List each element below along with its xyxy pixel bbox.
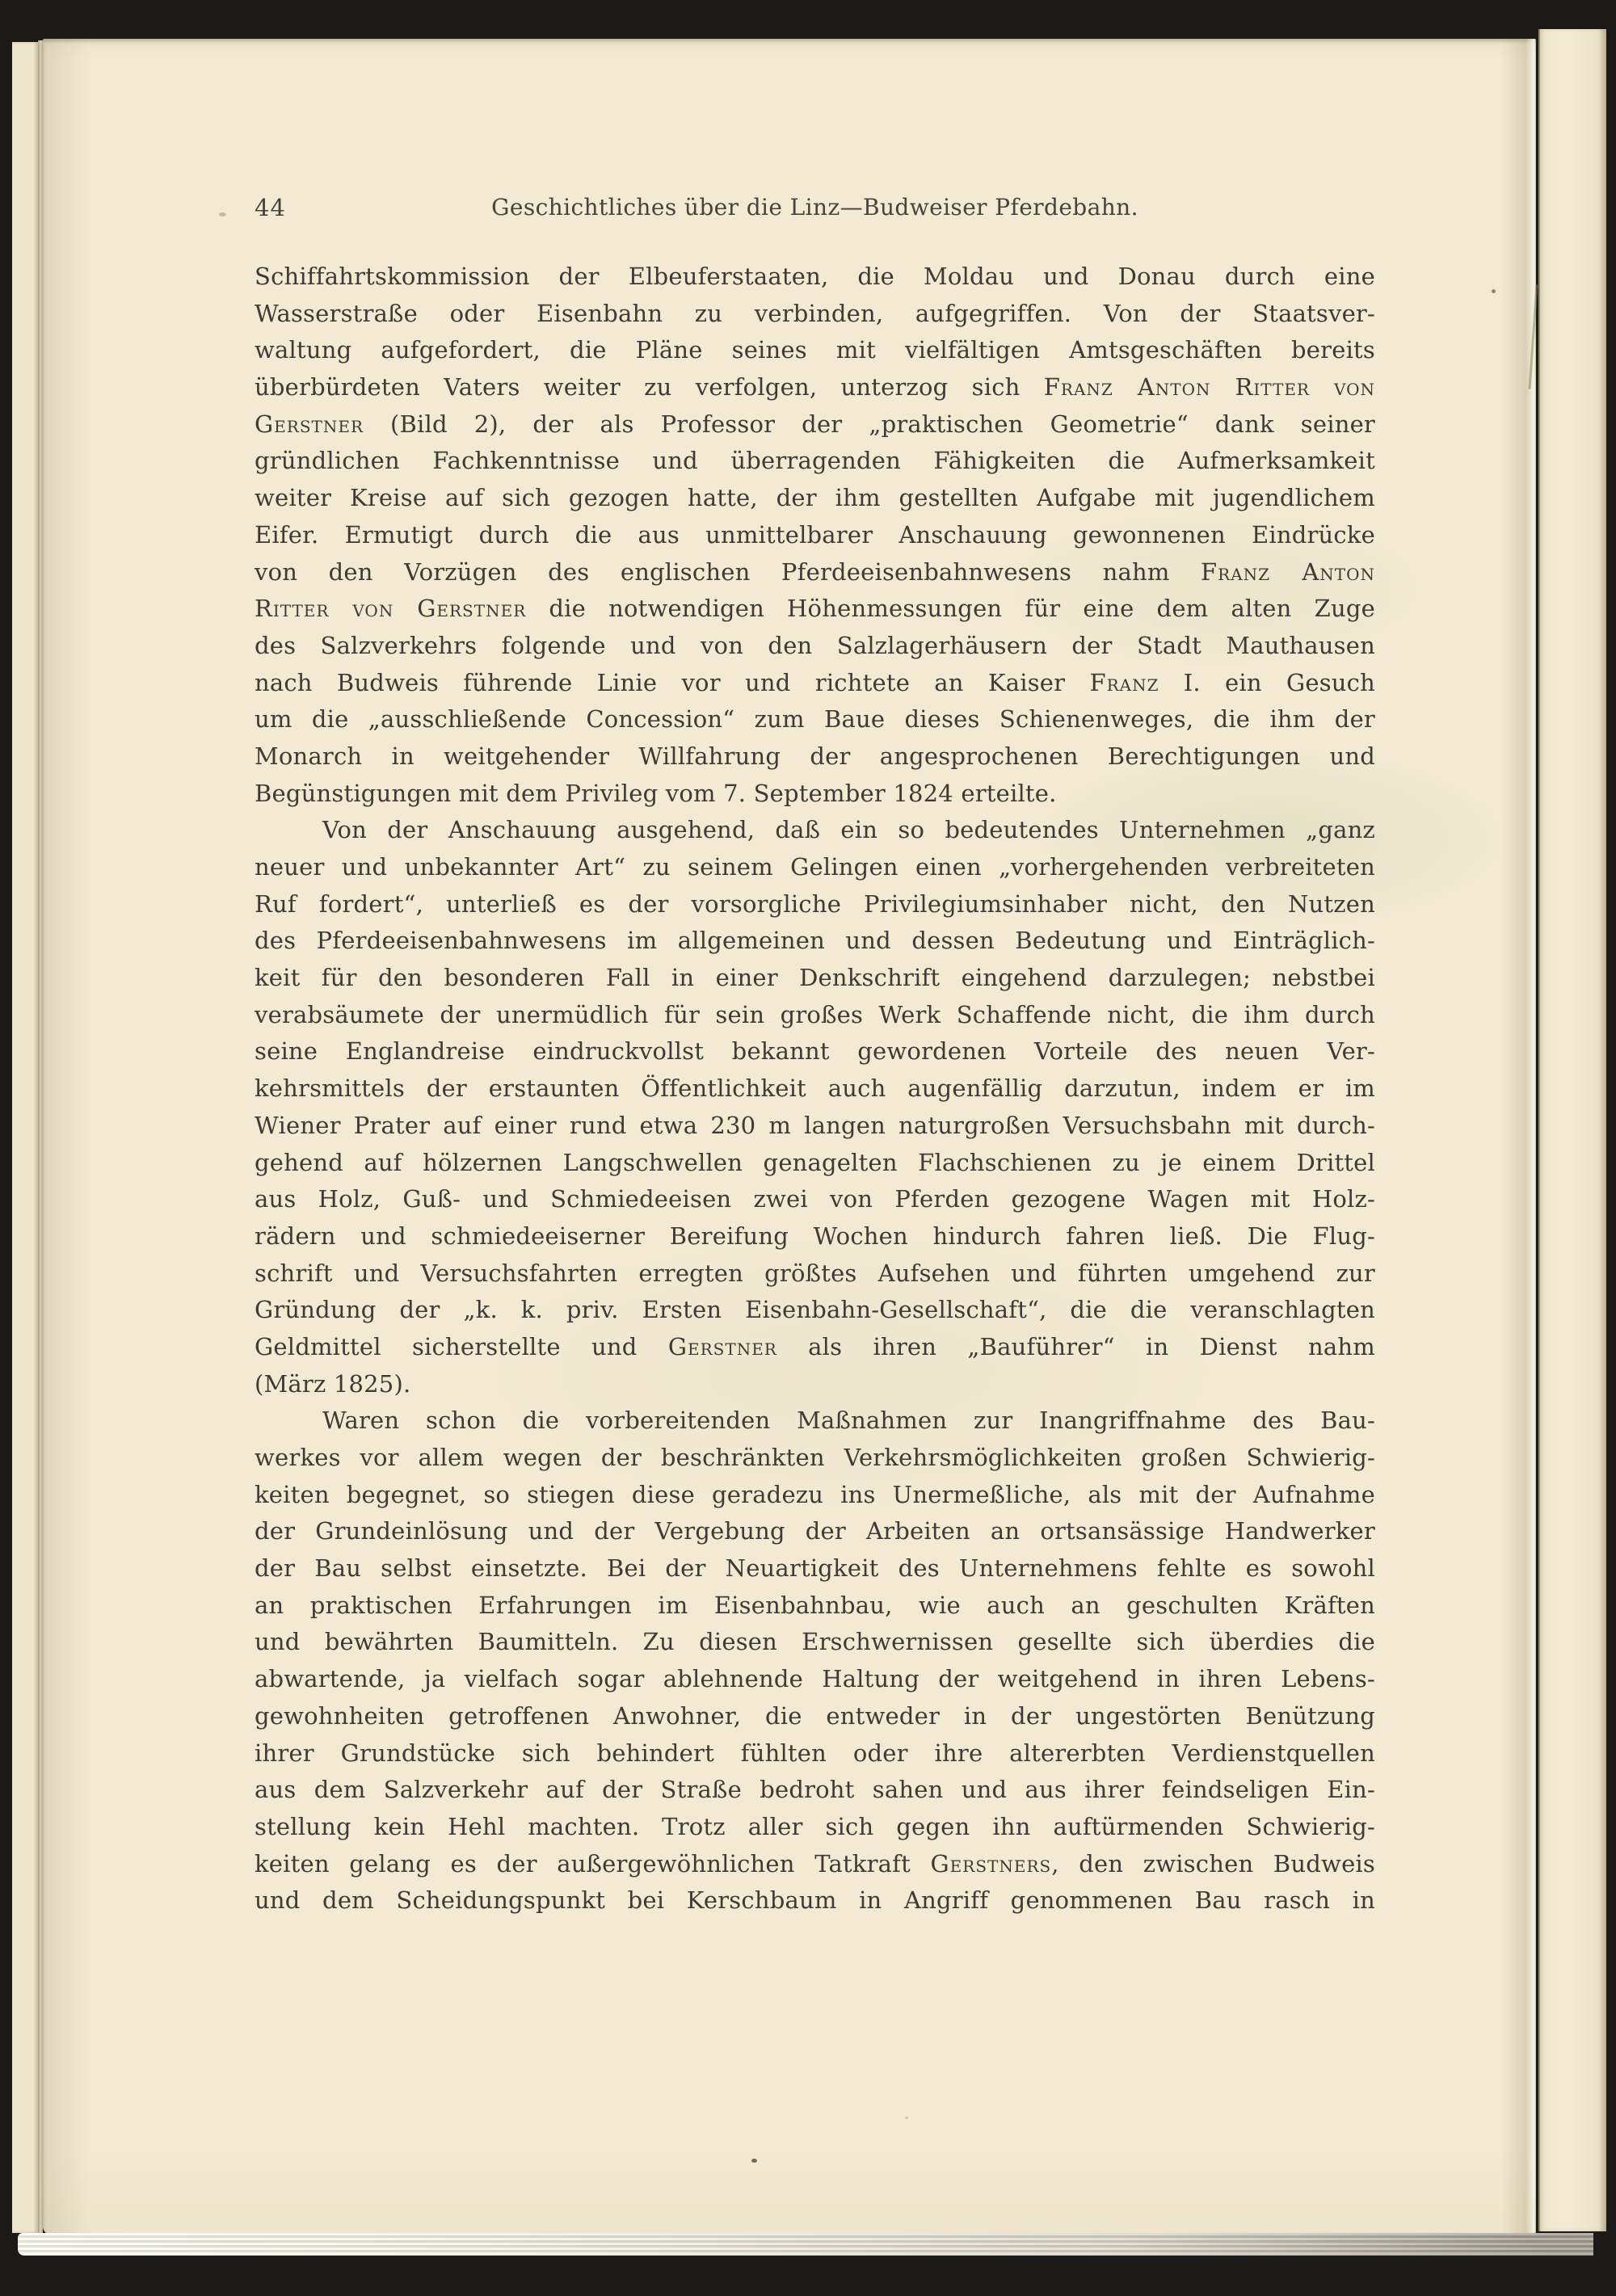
- text-line: Monarch in weitgehender Willfahrung der …: [255, 738, 1375, 776]
- text-line: seine Englandreise eindruckvollst bekann…: [255, 1033, 1375, 1070]
- text-line: ihrer Grundstücke sich behindert fühlten…: [255, 1735, 1375, 1772]
- text-line: des Salzverkehrs folgende und von den Sa…: [255, 628, 1375, 665]
- text-line: verabsäumete der unermüdlich für sein gr…: [255, 997, 1375, 1034]
- text-line: um die „ausschließende Concession“ zum B…: [255, 701, 1375, 738]
- text-line: Ruf fordert“, unterließ es der vorsorgli…: [255, 886, 1375, 923]
- text-line: der Bau selbst einsetzte. Bei der Neuart…: [255, 1550, 1375, 1587]
- text-line: Begünstigungen mit dem Privileg vom 7. S…: [255, 776, 1375, 813]
- text-line: Waren schon die vorbereitenden Maßnahmen…: [255, 1402, 1375, 1440]
- running-title: Geschichtliches über die Linz—Budweiser …: [255, 194, 1375, 221]
- paragraph: Von der Anschauung ausgehend, daß ein so…: [255, 812, 1375, 1402]
- text-line: schrift und Versuchsfahrten erregten grö…: [255, 1255, 1375, 1293]
- text-line: weiter Kreise auf sich gezogen hatte, de…: [255, 480, 1375, 517]
- paragraph: Waren schon die vorbereitenden Maßnahmen…: [255, 1402, 1375, 1920]
- text-line: Von der Anschauung ausgehend, daß ein so…: [255, 812, 1375, 849]
- scanned-book-spread: 44 Geschichtliches über die Linz—Budweis…: [0, 0, 1616, 2296]
- small-caps-name: Gerstners: [931, 1850, 1052, 1878]
- paper-speck: [751, 2159, 757, 2163]
- text-line: keit für den besonderen Fall in einer De…: [255, 960, 1375, 997]
- text-line: des Pferdeeisenbahnwesens im allgemeinen…: [255, 923, 1375, 960]
- text-line: waltung aufgefordert, die Pläne seines m…: [255, 332, 1375, 369]
- small-caps-name: Gerstner: [255, 410, 364, 438]
- text-line: keiten begegnet, so stiegen diese gerade…: [255, 1477, 1375, 1514]
- text-line: Ritter von Gerstner die notwendigen Höhe…: [255, 591, 1375, 628]
- page-header: 44 Geschichtliches über die Linz—Budweis…: [255, 194, 1375, 226]
- paper-speck: [219, 212, 226, 217]
- text-line: Gerstner (Bild 2), der als Professor der…: [255, 406, 1375, 444]
- text-line: gehend auf hölzernen Langschwellen genag…: [255, 1145, 1375, 1182]
- small-caps-name: Franz: [1089, 669, 1159, 696]
- text-line: überbürdeten Vaters weiter zu verfolgen,…: [255, 369, 1375, 406]
- text-line: Geldmittel sicherstellte und Gerstner al…: [255, 1329, 1375, 1366]
- text-line: (März 1825).: [255, 1366, 1375, 1403]
- text-line: Wiener Prater auf einer rund etwa 230 m …: [255, 1108, 1375, 1145]
- text-line: werkes vor allem wegen der beschränkten …: [255, 1440, 1375, 1477]
- small-caps-name: Franz Anton Ritter von: [1044, 373, 1375, 401]
- text-line: keiten gelang es der außergewöhnlichen T…: [255, 1846, 1375, 1883]
- text-line: von den Vorzügen des englischen Pferdeei…: [255, 554, 1375, 591]
- small-caps-name: Franz Anton: [1201, 558, 1375, 586]
- bottom-page-stack-edge: [18, 2233, 1593, 2256]
- paragraph: Schiffahrtskommission der Elbeuferstaate…: [255, 259, 1375, 812]
- text-line: Schiffahrtskommission der Elbeuferstaate…: [255, 259, 1375, 296]
- paper-speck: [1492, 289, 1496, 293]
- small-caps-name: Ritter von Gerstner: [255, 595, 526, 622]
- text-line: aus dem Salzverkehr auf der Straße bedro…: [255, 1772, 1375, 1809]
- text-line: nach Budweis führende Linie vor und rich…: [255, 665, 1375, 702]
- text-line: abwartende, ja vielfach sogar ablehnende…: [255, 1661, 1375, 1698]
- text-block: Schiffahrtskommission der Elbeuferstaate…: [255, 259, 1375, 1920]
- text-line: rädern und schmiedeeiserner Bereifung Wo…: [255, 1218, 1375, 1255]
- next-page-fore-edge: [1538, 29, 1606, 2231]
- text-line: und dem Scheidungspunkt bei Kerschbaum i…: [255, 1882, 1375, 1920]
- paper-speck: [905, 2117, 908, 2119]
- text-line: neuer und unbekannter Art“ zu seinem Gel…: [255, 849, 1375, 886]
- text-line: der Grundeinlösung und der Vergebung der…: [255, 1513, 1375, 1550]
- text-line: Gründung der „k. k. priv. Ersten Eisenba…: [255, 1292, 1375, 1329]
- text-line: kehrsmittels der erstaunten Öffentlichke…: [255, 1070, 1375, 1108]
- text-line: Wasserstraße oder Eisenbahn zu verbinden…: [255, 296, 1375, 333]
- text-line: stellung kein Hehl machten. Trotz aller …: [255, 1809, 1375, 1846]
- book-page: 44 Geschichtliches über die Linz—Budweis…: [43, 39, 1536, 2235]
- text-line: an praktischen Erfahrungen im Eisenbahnb…: [255, 1587, 1375, 1625]
- text-line: gewohnheiten getroffenen Anwohner, die e…: [255, 1698, 1375, 1735]
- text-line: aus Holz, Guß- und Schmiedeeisen zwei vo…: [255, 1181, 1375, 1218]
- small-caps-name: Gerstner: [668, 1333, 777, 1360]
- text-line: gründlichen Fachkenntnisse und überragen…: [255, 443, 1375, 480]
- text-line: Eifer. Ermutigt durch die aus unmittelba…: [255, 517, 1375, 554]
- underlying-page-edge: [12, 42, 38, 2233]
- text-line: und bewährten Baumitteln. Zu diesen Ersc…: [255, 1624, 1375, 1661]
